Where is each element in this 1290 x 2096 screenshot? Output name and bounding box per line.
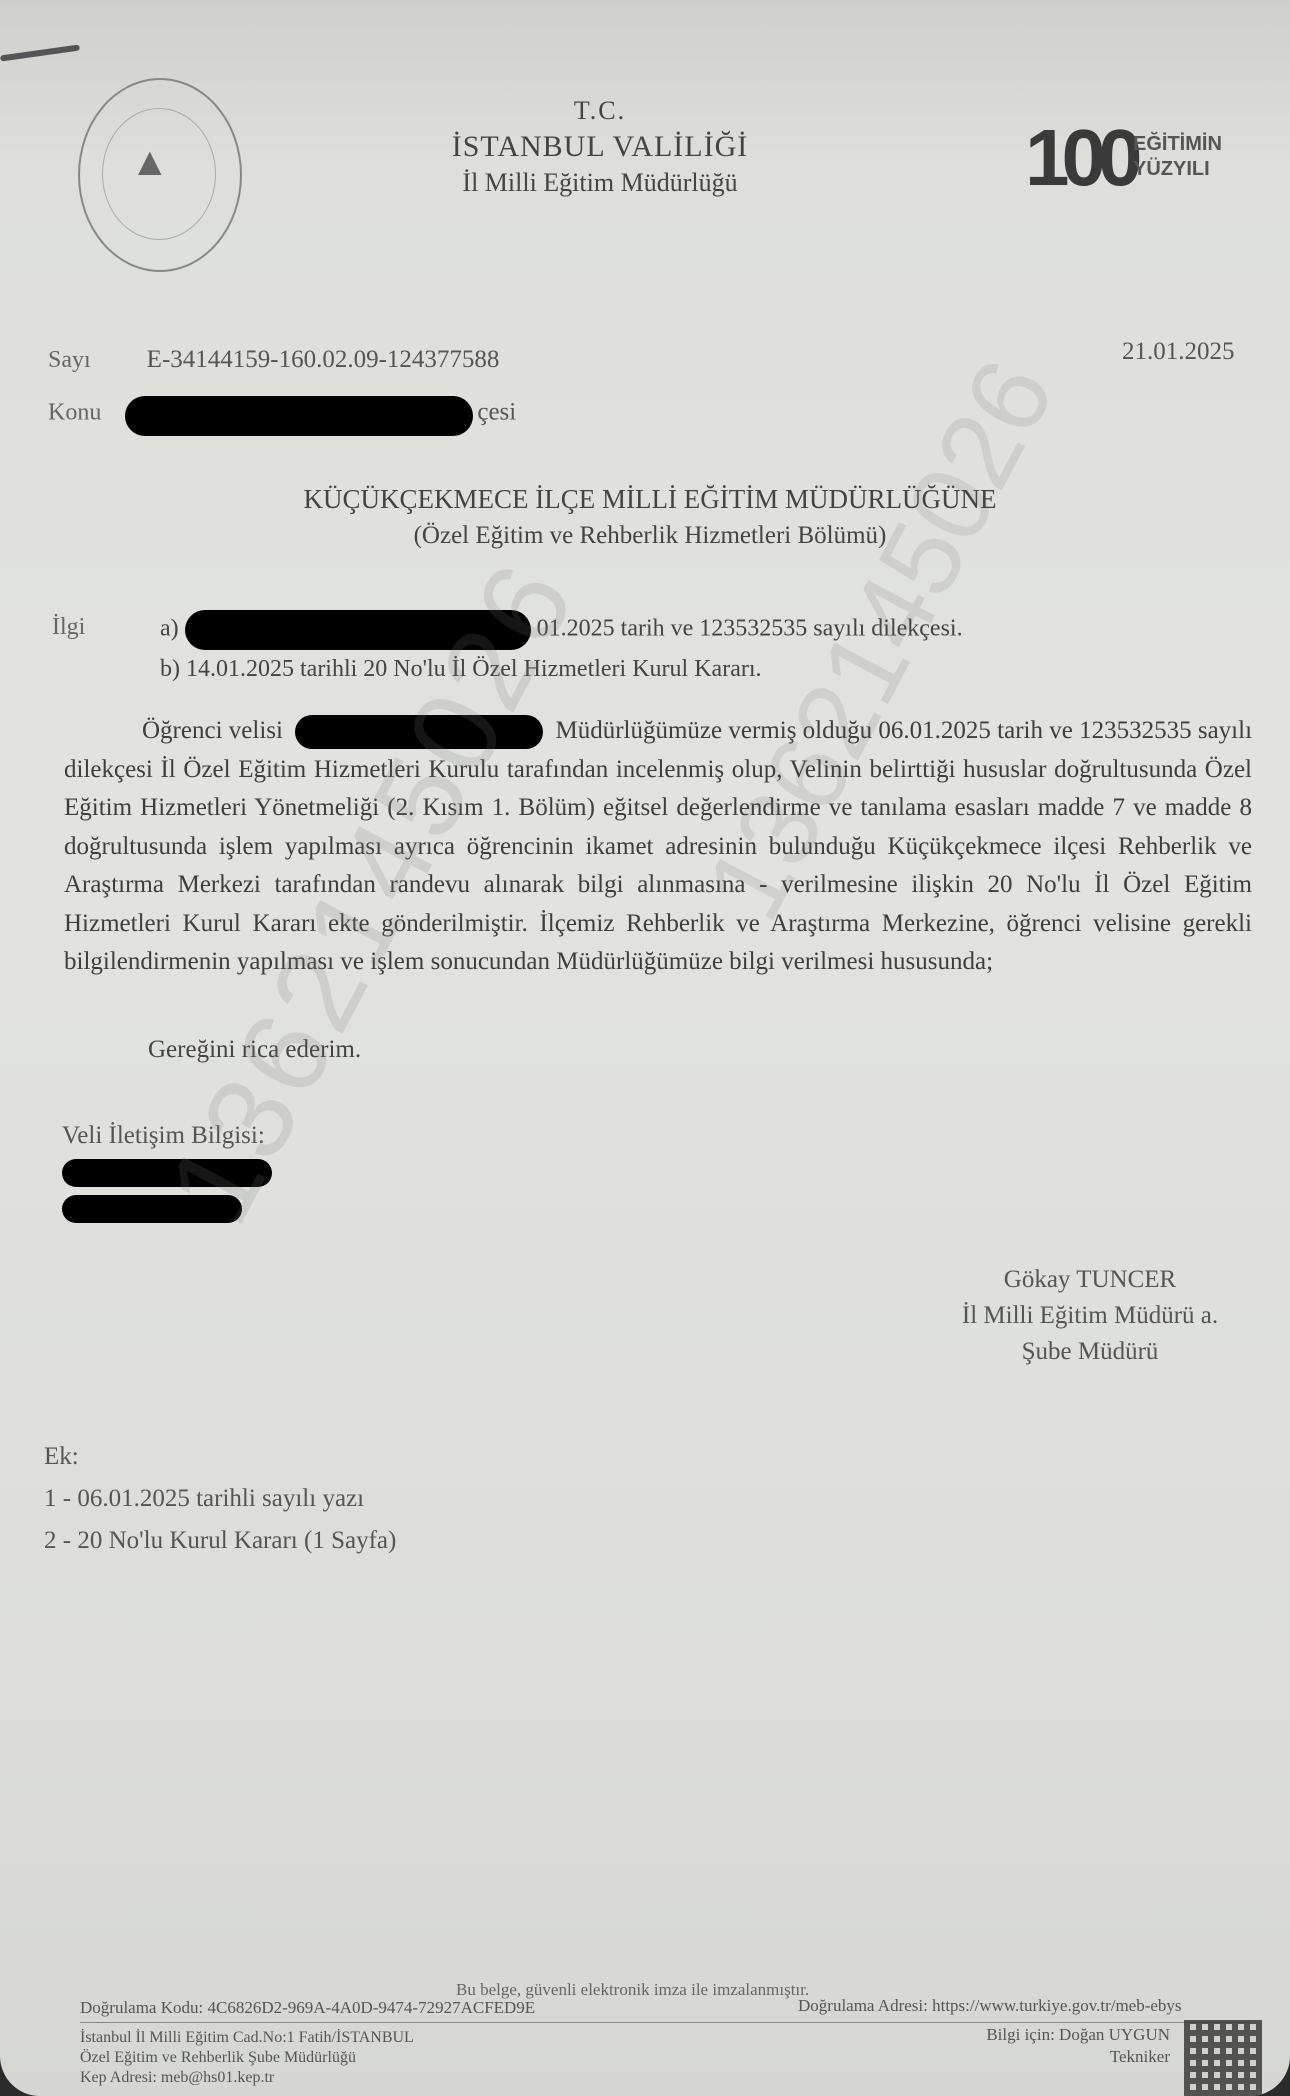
document-number: E-34144159-160.02.09-124377588 bbox=[147, 346, 500, 373]
document-date: 21.01.2025 bbox=[1122, 338, 1235, 366]
centennial-logo-icon: 100 EĞİTİMİN YÜZYILI bbox=[1025, 118, 1245, 218]
verification-code: Doğrulama Kodu: 4C6826D2-969A-4A0D-9474-… bbox=[80, 1998, 535, 2018]
recipient-title: KÜÇÜKÇEKMECE İLÇE MİLLİ EĞİTİM MÜDÜRLÜĞÜ… bbox=[200, 484, 1100, 515]
footer-contact: Bilgi için: Doğan UYGUN Tekniker bbox=[920, 2024, 1170, 2068]
footer-divider bbox=[80, 2022, 1250, 2023]
konu-row: Konu çesi bbox=[48, 396, 516, 436]
letterhead: T.C. İSTANBUL VALİLİĞİ İl Milli Eğitim M… bbox=[380, 96, 820, 198]
header-line-1: T.C. bbox=[380, 96, 820, 126]
signature-block: Gökay TUNCER İl Milli Eğitim Müdürü a. Ş… bbox=[920, 1262, 1260, 1370]
attachment-item: 2 - 20 No'lu Kurul Kararı (1 Sayfa) bbox=[44, 1520, 396, 1562]
pen-mark bbox=[0, 44, 80, 61]
ministry-emblem-icon: ▲ bbox=[78, 78, 242, 272]
attachments: Ek: 1 - 06.01.2025 tarihli sayılı yazı 2… bbox=[44, 1436, 396, 1562]
sayi-row: Sayı E-34144159-160.02.09-124377588 bbox=[48, 346, 499, 374]
redaction-bar bbox=[125, 396, 473, 436]
recipient-subtitle: (Özel Eğitim ve Rehberlik Hizmetleri Böl… bbox=[200, 522, 1100, 550]
verification-address: Doğrulama Adresi: https://www.turkiye.go… bbox=[798, 1996, 1182, 2016]
ilgi-label: İlgi bbox=[52, 614, 85, 641]
attachment-item: 1 - 06.01.2025 tarihli sayılı yazı bbox=[44, 1478, 396, 1520]
qr-code-icon bbox=[1184, 2020, 1262, 2096]
footer-address: İstanbul İl Milli Eğitim Cad.No:1 Fatih/… bbox=[80, 2028, 414, 2088]
letter-body: Öğrenci velisi Müdürlüğümüze vermiş oldu… bbox=[64, 712, 1252, 982]
header-line-3: İl Milli Eğitim Müdürlüğü bbox=[380, 168, 820, 198]
header-line-2: İSTANBUL VALİLİĞİ bbox=[380, 130, 820, 164]
esignature-notice: Bu belge, güvenli elektronik imza ile im… bbox=[456, 1980, 809, 2000]
signer-name: Gökay TUNCER bbox=[920, 1262, 1260, 1298]
document-page: ▲ T.C. İSTANBUL VALİLİĞİ İl Milli Eğitim… bbox=[0, 0, 1290, 2096]
